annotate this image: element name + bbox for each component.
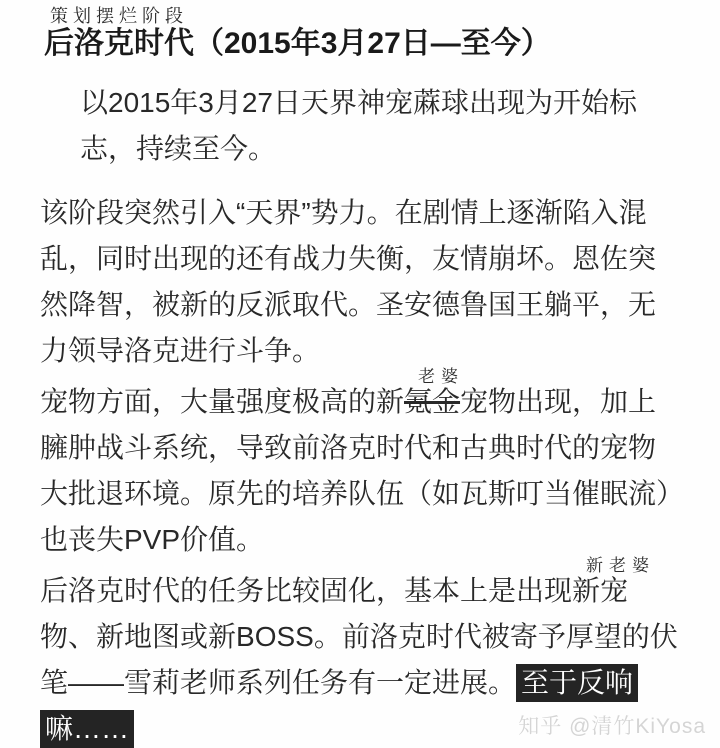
article-body: 该阶段突然引入“天界”势力。在剧情上逐渐陷入混乱，同时出现的还有战力失衡，友情崩… [40,190,680,748]
text-segment: 后洛克时代的任务比较固化，基本上是出现 [40,575,572,606]
text-segment: 宠物方面，大量强度极高的新 [40,386,404,417]
paragraph: 宠物方面，大量强度极高的新氪金老婆宠物出现，加上臃肿战斗系统，导致前洛克时代和古… [40,379,680,563]
section-title: 后洛克时代（2015年3月27日—至今） [44,26,680,62]
annotated-phrase: 氪金老婆 [404,386,460,417]
struck-word: 氪金 [404,386,460,417]
paragraph: 该阶段突然引入“天界”势力。在剧情上逐渐陷入混乱，同时出现的还有战力失衡，友情崩… [40,190,680,374]
ruby-annotation: 老婆 [418,368,464,385]
quote-block: 以2015年3月27日天界神宠蔴球出现为开始标志，持续至今。 [40,80,680,172]
stage-annotation: 策划摆烂阶段 [50,6,680,26]
article-page: 策划摆烂阶段 后洛克时代（2015年3月27日—至今） 以2015年3月27日天… [0,0,720,748]
text-segment: 该阶段突然引入“天界”势力。在剧情上逐渐陷入混乱，同时出现的还有战力失衡，友情崩… [40,197,656,366]
watermark: 知乎 @清竹KiYosa [518,710,706,740]
ruby-annotation: 新老婆 [586,557,655,574]
